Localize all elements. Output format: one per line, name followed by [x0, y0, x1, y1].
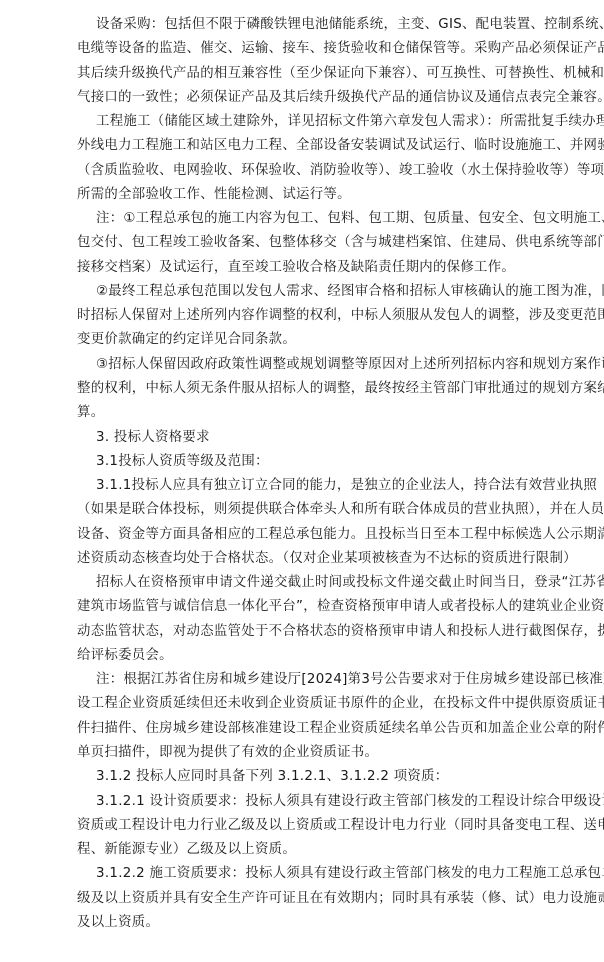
text-line: 3.1.2.1 设计资质要求：投标人须具有建设行政主管部门核发的工程设计综合甲级…	[77, 790, 517, 814]
text-line: 其后续升级换代产品的相互兼容性（至少保证向下兼容）、可互换性、可替换性、机械和电	[77, 62, 517, 86]
text-line: 述资质动态核查均处于合格状态。（仅对企业某项被核查为不达标的资质进行限制）	[77, 547, 517, 571]
paragraph-note-1: 注：①工程总承包的施工内容为包工、包料、包工期、包质量、包安全、包文明施工、 包…	[77, 207, 517, 280]
text-line: 电缆等设备的监造、催交、运输、接车、接货验收和仓储保管等。采购产品必须保证产品及	[77, 37, 517, 61]
text-line: 单页扫描件，即视为提供了有效的企业资质证书。	[77, 741, 517, 765]
section-heading-3-1: 3.1投标人资质等级及范围：	[77, 450, 517, 474]
text-line: 资质或工程设计电力行业乙级及以上资质或工程设计电力行业（同时具备变电工程、送电工	[77, 814, 517, 838]
paragraph-3-1-1: 3.1.1投标人应具有独立订立合同的能力，是独立的企业法人，持合法有效营业执照 …	[77, 474, 517, 571]
text-line: 注：①工程总承包的施工内容为包工、包料、包工期、包质量、包安全、包文明施工、	[77, 207, 517, 231]
text-line: 算。	[77, 401, 517, 425]
text-line: 件扫描件、住房城乡建设部核准建设工程企业资质延续名单公告页和加盖企业公章的附件名	[77, 717, 517, 741]
heading-text: 3. 投标人资格要求	[77, 426, 517, 450]
text-line: （如果是联合体投标，则须提供联合体牵头人和所有联合体成员的营业执照），并在人员、	[77, 498, 517, 522]
paragraph-note-2: ②最终工程总承包范围以发包人需求、经图审合格和招标人审核确认的施工图为准，同 时…	[77, 280, 517, 353]
text-line: 外线电力工程施工和站区电力工程、全部设备安装调试及试运行、临时设施施工、并网验收	[77, 134, 517, 158]
text-line: 变更价款确定的约定详见合同条款。	[77, 328, 517, 352]
text-line: 3.1.1投标人应具有独立订立合同的能力，是独立的企业法人，持合法有效营业执照	[77, 474, 517, 498]
paragraph-3-1-2-2: 3.1.2.2 施工资质要求：投标人须具有建设行政主管部门核发的电力工程施工总承…	[77, 862, 517, 935]
text-line: （含质监验收、电网验收、环保验收、消防验收等）、竣工验收（水土保持验收等）等项目	[77, 159, 517, 183]
text-line: 工程施工（储能区域土建除外，详见招标文件第六章发包人需求）：所需批复手续办理、	[77, 110, 517, 134]
text-line: 动态监管状态，对动态监管处于不合格状态的资格预审申请人和投标人进行截图保存，提供	[77, 620, 517, 644]
text-line: 设工程企业资质延续但还未收到企业资质证书原件的企业，在投标文件中提供原资质证书原	[77, 692, 517, 716]
text-line: 设备、资金等方面具备相应的工程总承包能力。且投标当日至本工程中标候选人公示期满上	[77, 523, 517, 547]
paragraph-construction: 工程施工（储能区域土建除外，详见招标文件第六章发包人需求）：所需批复手续办理、 …	[77, 110, 517, 207]
text-line: 包交付、包工程竣工验收备案、包整体移交（含与城建档案馆、住建局、供电系统等部门对	[77, 231, 517, 255]
paragraph-3-1-2-1: 3.1.2.1 设计资质要求：投标人须具有建设行政主管部门核发的工程设计综合甲级…	[77, 790, 517, 863]
text-line: 整的权利，中标人须无条件服从招标人的调整，最终按经主管部门审批通过的规划方案结	[77, 377, 517, 401]
text-line: 建筑市场监管与诚信信息一体化平台”，检查资格预审申请人或者投标人的建筑业企业资质	[77, 595, 517, 619]
text-line: 注：根据江苏省住房和城乡建设厅[2024]第3号公告要求对于住房城乡建设部已核准…	[77, 668, 517, 692]
paragraph-3-1-2: 3.1.2 投标人应同时具备下列 3.1.2.1、3.1.2.2 项资质：	[77, 765, 517, 789]
text-line: 3.1.2.2 施工资质要求：投标人须具有建设行政主管部门核发的电力工程施工总承…	[77, 862, 517, 886]
text-line: 及以上资质。	[77, 911, 517, 935]
document-body: 设备采购：包括但不限于磷酸铁锂电池储能系统，主变、GIS、配电装置、控制系统、 …	[77, 13, 517, 935]
heading-text: 3.1投标人资质等级及范围：	[77, 450, 517, 474]
text-line: 接移交档案）及试运行，直至竣工验收合格及缺陷责任期内的保修工作。	[77, 256, 517, 280]
text-line: 气接口的一致性；必须保证产品及其后续升级换代产品的通信协议及通信点表完全兼容。	[77, 86, 517, 110]
section-heading-3: 3. 投标人资格要求	[77, 426, 517, 450]
paragraph-equipment-procurement: 设备采购：包括但不限于磷酸铁锂电池储能系统，主变、GIS、配电装置、控制系统、 …	[77, 13, 517, 110]
text-line: 给评标委员会。	[77, 644, 517, 668]
text-line: 招标人在资格预审申请文件递交截止时间或投标文件递交截止时间当日，登录“江苏省	[77, 571, 517, 595]
text-line: 设备采购：包括但不限于磷酸铁锂电池储能系统，主变、GIS、配电装置、控制系统、	[77, 13, 517, 37]
paragraph-bidder-check: 招标人在资格预审申请文件递交截止时间或投标文件递交截止时间当日，登录“江苏省 建…	[77, 571, 517, 668]
text-line: 程、新能源专业）乙级及以上资质。	[77, 838, 517, 862]
text-line: ②最终工程总承包范围以发包人需求、经图审合格和招标人审核确认的施工图为准，同	[77, 280, 517, 304]
paragraph-note-3: ③招标人保留因政府政策性调整或规划调整等原因对上述所列招标内容和规划方案作调 整…	[77, 353, 517, 426]
text-line: 所需的全部验收工作、性能检测、试运行等。	[77, 183, 517, 207]
document-page: 设备采购：包括但不限于磷酸铁锂电池储能系统，主变、GIS、配电装置、控制系统、 …	[0, 0, 604, 962]
text-line: 3.1.2 投标人应同时具备下列 3.1.2.1、3.1.2.2 项资质：	[77, 765, 517, 789]
paragraph-note-2024: 注：根据江苏省住房和城乡建设厅[2024]第3号公告要求对于住房城乡建设部已核准…	[77, 668, 517, 765]
text-line: ③招标人保留因政府政策性调整或规划调整等原因对上述所列招标内容和规划方案作调	[77, 353, 517, 377]
text-line: 级及以上资质并具有安全生产许可证且在有效期内；同时具有承装（修、试）电力设施贰级	[77, 887, 517, 911]
text-line: 时招标人保留对上述所列内容作调整的权利，中标人须服从发包人的调整，涉及变更范围和	[77, 304, 517, 328]
